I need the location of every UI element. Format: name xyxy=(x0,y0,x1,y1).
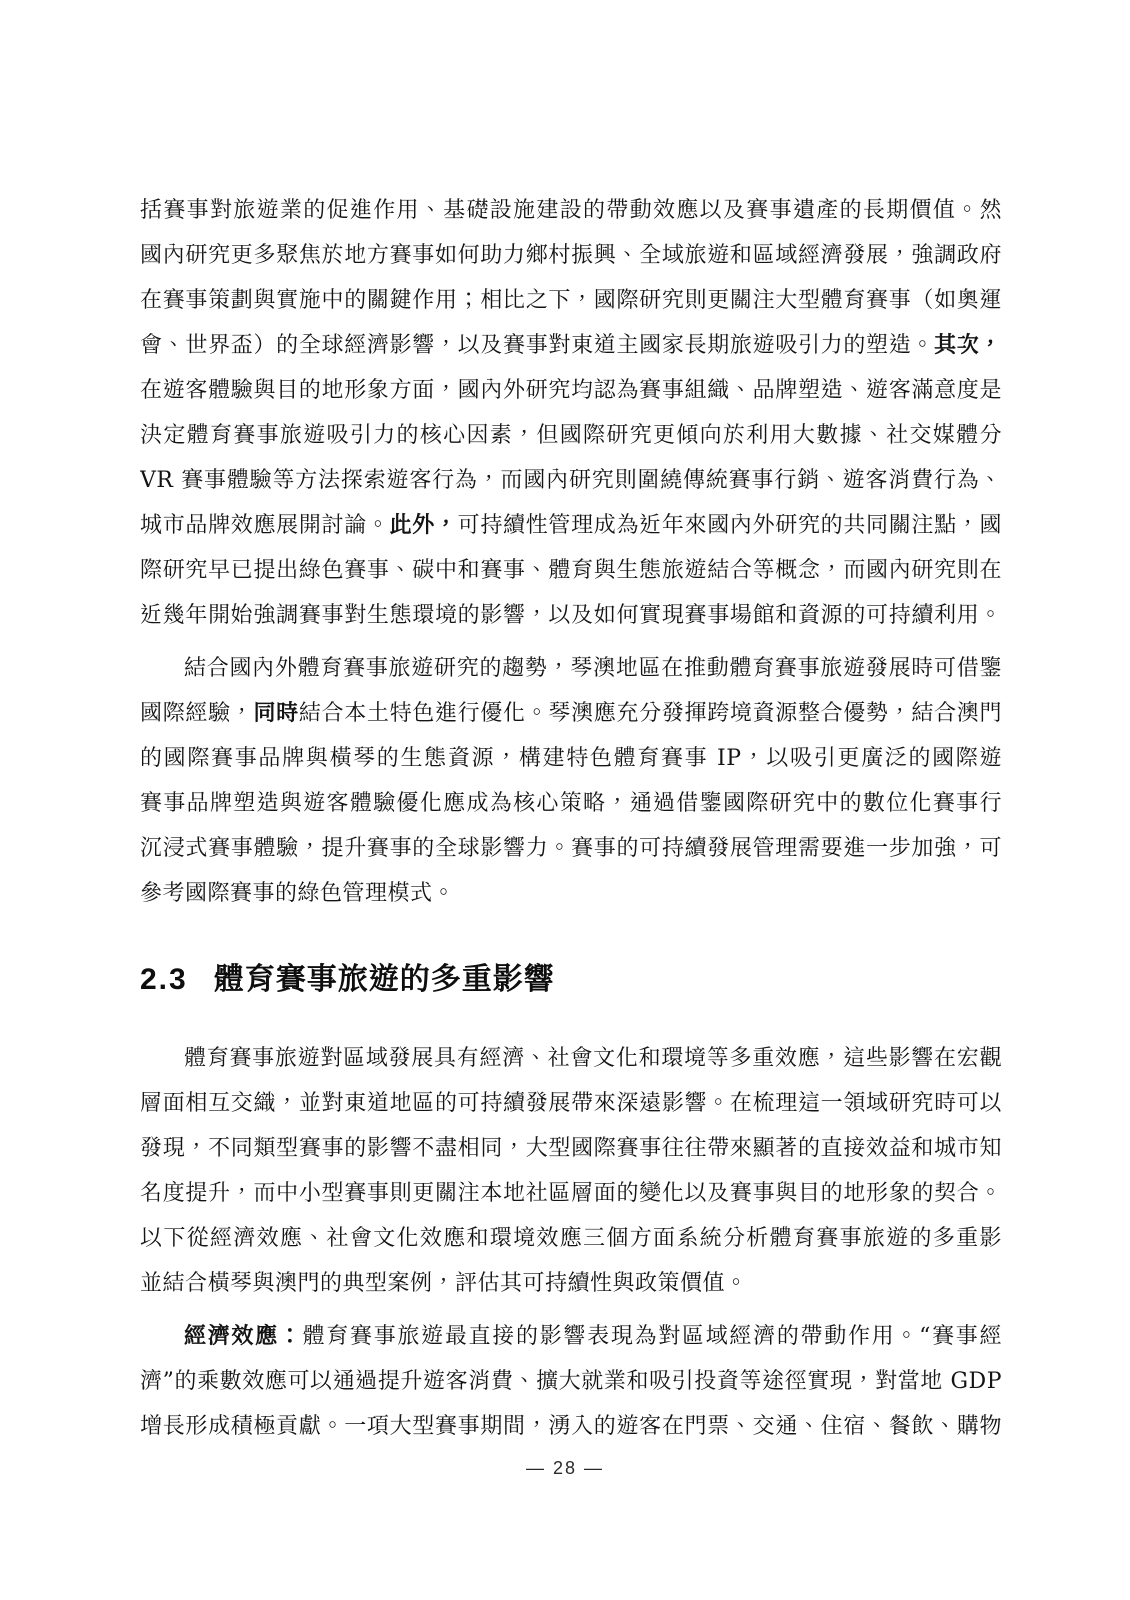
text-line: 城市品牌效應展開討論。此外，可持續性管理成為近年來國內外研究的共同關注點，國 xyxy=(140,503,1002,548)
text-line: 在遊客體驗與目的地形象方面，國內外研究均認為賽事組織、品牌塑造、遊客滿意度是 xyxy=(140,368,1002,413)
body-text: 結合國內外體育賽事旅遊研究的趨勢，琴澳地區在推動體育賽事旅遊發展時可借鑒 xyxy=(184,656,1002,681)
text-line: 層面相互交織，並對東道地區的可持續發展帶來深遠影響。在梳理這一領域研究時可以 xyxy=(140,1081,1002,1126)
body-text: 賽事品牌塑造與遊客體驗優化應成為核心策略，通過借鑒國際研究中的數位化賽事行銷、 xyxy=(140,791,1002,826)
body-text: 體育賽事旅遊最直接的影響表現為對區域經濟的帶動作用。“賽事經 xyxy=(303,1324,1002,1349)
body-text: 並結合橫琴與澳門的典型案例，評估其可持續性與政策價值。 xyxy=(140,1271,748,1296)
text-line: 結合國內外體育賽事旅遊研究的趨勢，琴澳地區在推動體育賽事旅遊發展時可借鑒 xyxy=(140,646,1002,691)
body-text: 增長形成積極貢獻。一項大型賽事期間，湧入的遊客在門票、交通、住宿、餐飲、購物 xyxy=(140,1414,1002,1439)
text-line: 增長形成積極貢獻。一項大型賽事期間，湧入的遊客在門票、交通、住宿、餐飲、購物 xyxy=(140,1404,1002,1449)
text-line: 在賽事策劃與實施中的關鍵作用；相比之下，國際研究則更關注大型體育賽事（如奧運 xyxy=(140,278,1002,323)
body-text: 決定體育賽事旅遊吸引力的核心因素，但國際研究更傾向於利用大數據、社交媒體分析、 xyxy=(140,423,1002,458)
text-line: 國際經驗，同時結合本土特色進行優化。琴澳應充分發揮跨境資源整合優勢，結合澳門 xyxy=(140,691,1002,736)
text-line: 近幾年開始強調賽事對生態環境的影響，以及如何實現賽事場館和資源的可持續利用。 xyxy=(140,593,1002,638)
body-text: 會、世界盃）的全球經濟影響，以及賽事對東道主國家長期旅遊吸引力的塑造。 xyxy=(140,333,934,358)
text-line: 並結合橫琴與澳門的典型案例，評估其可持續性與政策價值。 xyxy=(140,1261,1002,1306)
section-number: 2.3 xyxy=(140,963,188,996)
emphasis-text: 其次， xyxy=(934,332,1002,358)
body-text: 際研究早已提出綠色賽事、碳中和賽事、體育與生態旅遊結合等概念，而國內研究則在 xyxy=(140,558,1002,583)
emphasis-text: 經濟效應： xyxy=(184,1323,303,1349)
text-line: 經濟效應：體育賽事旅遊最直接的影響表現為對區域經濟的帶動作用。“賽事經 xyxy=(140,1314,1002,1359)
emphasis-text: 此外， xyxy=(390,512,458,538)
paragraph: 體育賽事旅遊對區域發展具有經濟、社會文化和環境等多重效應，這些影響在宏觀層面相互… xyxy=(140,1036,1002,1306)
text-line: VR 賽事體驗等方法探索遊客行為，而國內研究則圍繞傳統賽事行銷、遊客消費行為、 xyxy=(140,458,1002,503)
paragraph: 括賽事對旅遊業的促進作用、基礎設施建設的帶動效應以及賽事遺產的長期價值。然而，國… xyxy=(140,188,1002,638)
emphasis-text: 同時 xyxy=(253,700,298,726)
paragraph: 經濟效應：體育賽事旅遊最直接的影響表現為對區域經濟的帶動作用。“賽事經濟”的乘數… xyxy=(140,1314,1002,1449)
body-text: 沉浸式賽事體驗，提升賽事的全球影響力。賽事的可持續發展管理需要進一步加強，可 xyxy=(140,836,1002,861)
body-text-top: 括賽事對旅遊業的促進作用、基礎設施建設的帶動效應以及賽事遺產的長期價值。然而，國… xyxy=(140,188,1002,916)
page-number: — 28 — xyxy=(0,1458,1130,1479)
text-line: 發現，不同類型賽事的影響不盡相同，大型國際賽事往往帶來顯著的直接效益和城市知 xyxy=(140,1126,1002,1171)
text-line: 括賽事對旅遊業的促進作用、基礎設施建設的帶動效應以及賽事遺產的長期價值。然而， xyxy=(140,188,1002,233)
text-line: 沉浸式賽事體驗，提升賽事的全球影響力。賽事的可持續發展管理需要進一步加強，可 xyxy=(140,826,1002,871)
body-text: 在賽事策劃與實施中的關鍵作用；相比之下，國際研究則更關注大型體育賽事（如奧運 xyxy=(140,288,1002,313)
body-text: VR 賽事體驗等方法探索遊客行為，而國內研究則圍繞傳統賽事行銷、遊客消費行為、 xyxy=(140,468,1002,493)
body-text: 的國際賽事品牌與橫琴的生態資源，構建特色體育賽事 IP，以吸引更廣泛的國際遊客。 xyxy=(140,746,1002,781)
body-text: 濟”的乘數效應可以通過提升遊客消費、擴大就業和吸引投資等途徑實現，對當地 GDP xyxy=(140,1369,1002,1394)
body-text: 在遊客體驗與目的地形象方面，國內外研究均認為賽事組織、品牌塑造、遊客滿意度是 xyxy=(140,378,1002,403)
text-line: 的國際賽事品牌與橫琴的生態資源，構建特色體育賽事 IP，以吸引更廣泛的國際遊客。 xyxy=(140,736,1002,781)
body-text: 城市品牌效應展開討論。 xyxy=(140,513,390,538)
body-text: 發現，不同類型賽事的影響不盡相同，大型國際賽事往往帶來顯著的直接效益和城市知 xyxy=(140,1136,1002,1161)
body-text-bottom: 體育賽事旅遊對區域發展具有經濟、社會文化和環境等多重效應，這些影響在宏觀層面相互… xyxy=(140,1036,1002,1449)
text-line: 參考國際賽事的綠色管理模式。 xyxy=(140,871,1002,916)
body-text: 層面相互交織，並對東道地區的可持續發展帶來深遠影響。在梳理這一領域研究時可以 xyxy=(140,1091,1002,1116)
text-line: 賽事品牌塑造與遊客體驗優化應成為核心策略，通過借鑒國際研究中的數位化賽事行銷、 xyxy=(140,781,1002,826)
page-content: 括賽事對旅遊業的促進作用、基礎設施建設的帶動效應以及賽事遺產的長期價值。然而，國… xyxy=(140,188,1002,1457)
body-text: 體育賽事旅遊對區域發展具有經濟、社會文化和環境等多重效應，這些影響在宏觀 xyxy=(184,1046,1002,1071)
body-text: 國際經驗， xyxy=(140,701,253,726)
text-line: 濟”的乘數效應可以通過提升遊客消費、擴大就業和吸引投資等途徑實現，對當地 GDP xyxy=(140,1359,1002,1404)
text-line: 會、世界盃）的全球經濟影響，以及賽事對東道主國家長期旅遊吸引力的塑造。其次， xyxy=(140,323,1002,368)
text-line: 際研究早已提出綠色賽事、碳中和賽事、體育與生態旅遊結合等概念，而國內研究則在 xyxy=(140,548,1002,593)
body-text: 括賽事對旅遊業的促進作用、基礎設施建設的帶動效應以及賽事遺產的長期價值。然而， xyxy=(140,198,1002,233)
body-text: 以下從經濟效應、社會文化效應和環境效應三個方面系統分析體育賽事旅遊的多重影響， xyxy=(140,1226,1002,1261)
text-line: 體育賽事旅遊對區域發展具有經濟、社會文化和環境等多重效應，這些影響在宏觀 xyxy=(140,1036,1002,1081)
text-line: 國內研究更多聚焦於地方賽事如何助力鄉村振興、全域旅遊和區域經濟發展，強調政府 xyxy=(140,233,1002,278)
body-text: 近幾年開始強調賽事對生態環境的影響，以及如何實現賽事場館和資源的可持續利用。 xyxy=(140,603,1002,628)
text-line: 名度提升，而中小型賽事則更關注本地社區層面的變化以及賽事與目的地形象的契合。 xyxy=(140,1171,1002,1216)
body-text: 可持續性管理成為近年來國內外研究的共同關注點，國 xyxy=(458,513,1002,538)
section-title: 體育賽事旅遊的多重影響 xyxy=(214,962,555,997)
text-line: 決定體育賽事旅遊吸引力的核心因素，但國際研究更傾向於利用大數據、社交媒體分析、 xyxy=(140,413,1002,458)
document-page: 括賽事對旅遊業的促進作用、基礎設施建設的帶動效應以及賽事遺產的長期價值。然而，國… xyxy=(0,0,1130,1600)
section-heading: 2.3體育賽事旅遊的多重影響 xyxy=(140,958,1002,1002)
paragraph: 結合國內外體育賽事旅遊研究的趨勢，琴澳地區在推動體育賽事旅遊發展時可借鑒國際經驗… xyxy=(140,646,1002,916)
text-line: 以下從經濟效應、社會文化效應和環境效應三個方面系統分析體育賽事旅遊的多重影響， xyxy=(140,1216,1002,1261)
body-text: 名度提升，而中小型賽事則更關注本地社區層面的變化以及賽事與目的地形象的契合。 xyxy=(140,1181,1002,1206)
body-text: 國內研究更多聚焦於地方賽事如何助力鄉村振興、全域旅遊和區域經濟發展，強調政府 xyxy=(140,243,1002,268)
body-text: 結合本土特色進行優化。琴澳應充分發揮跨境資源整合優勢，結合澳門 xyxy=(299,701,1002,726)
body-text: 參考國際賽事的綠色管理模式。 xyxy=(140,881,455,906)
